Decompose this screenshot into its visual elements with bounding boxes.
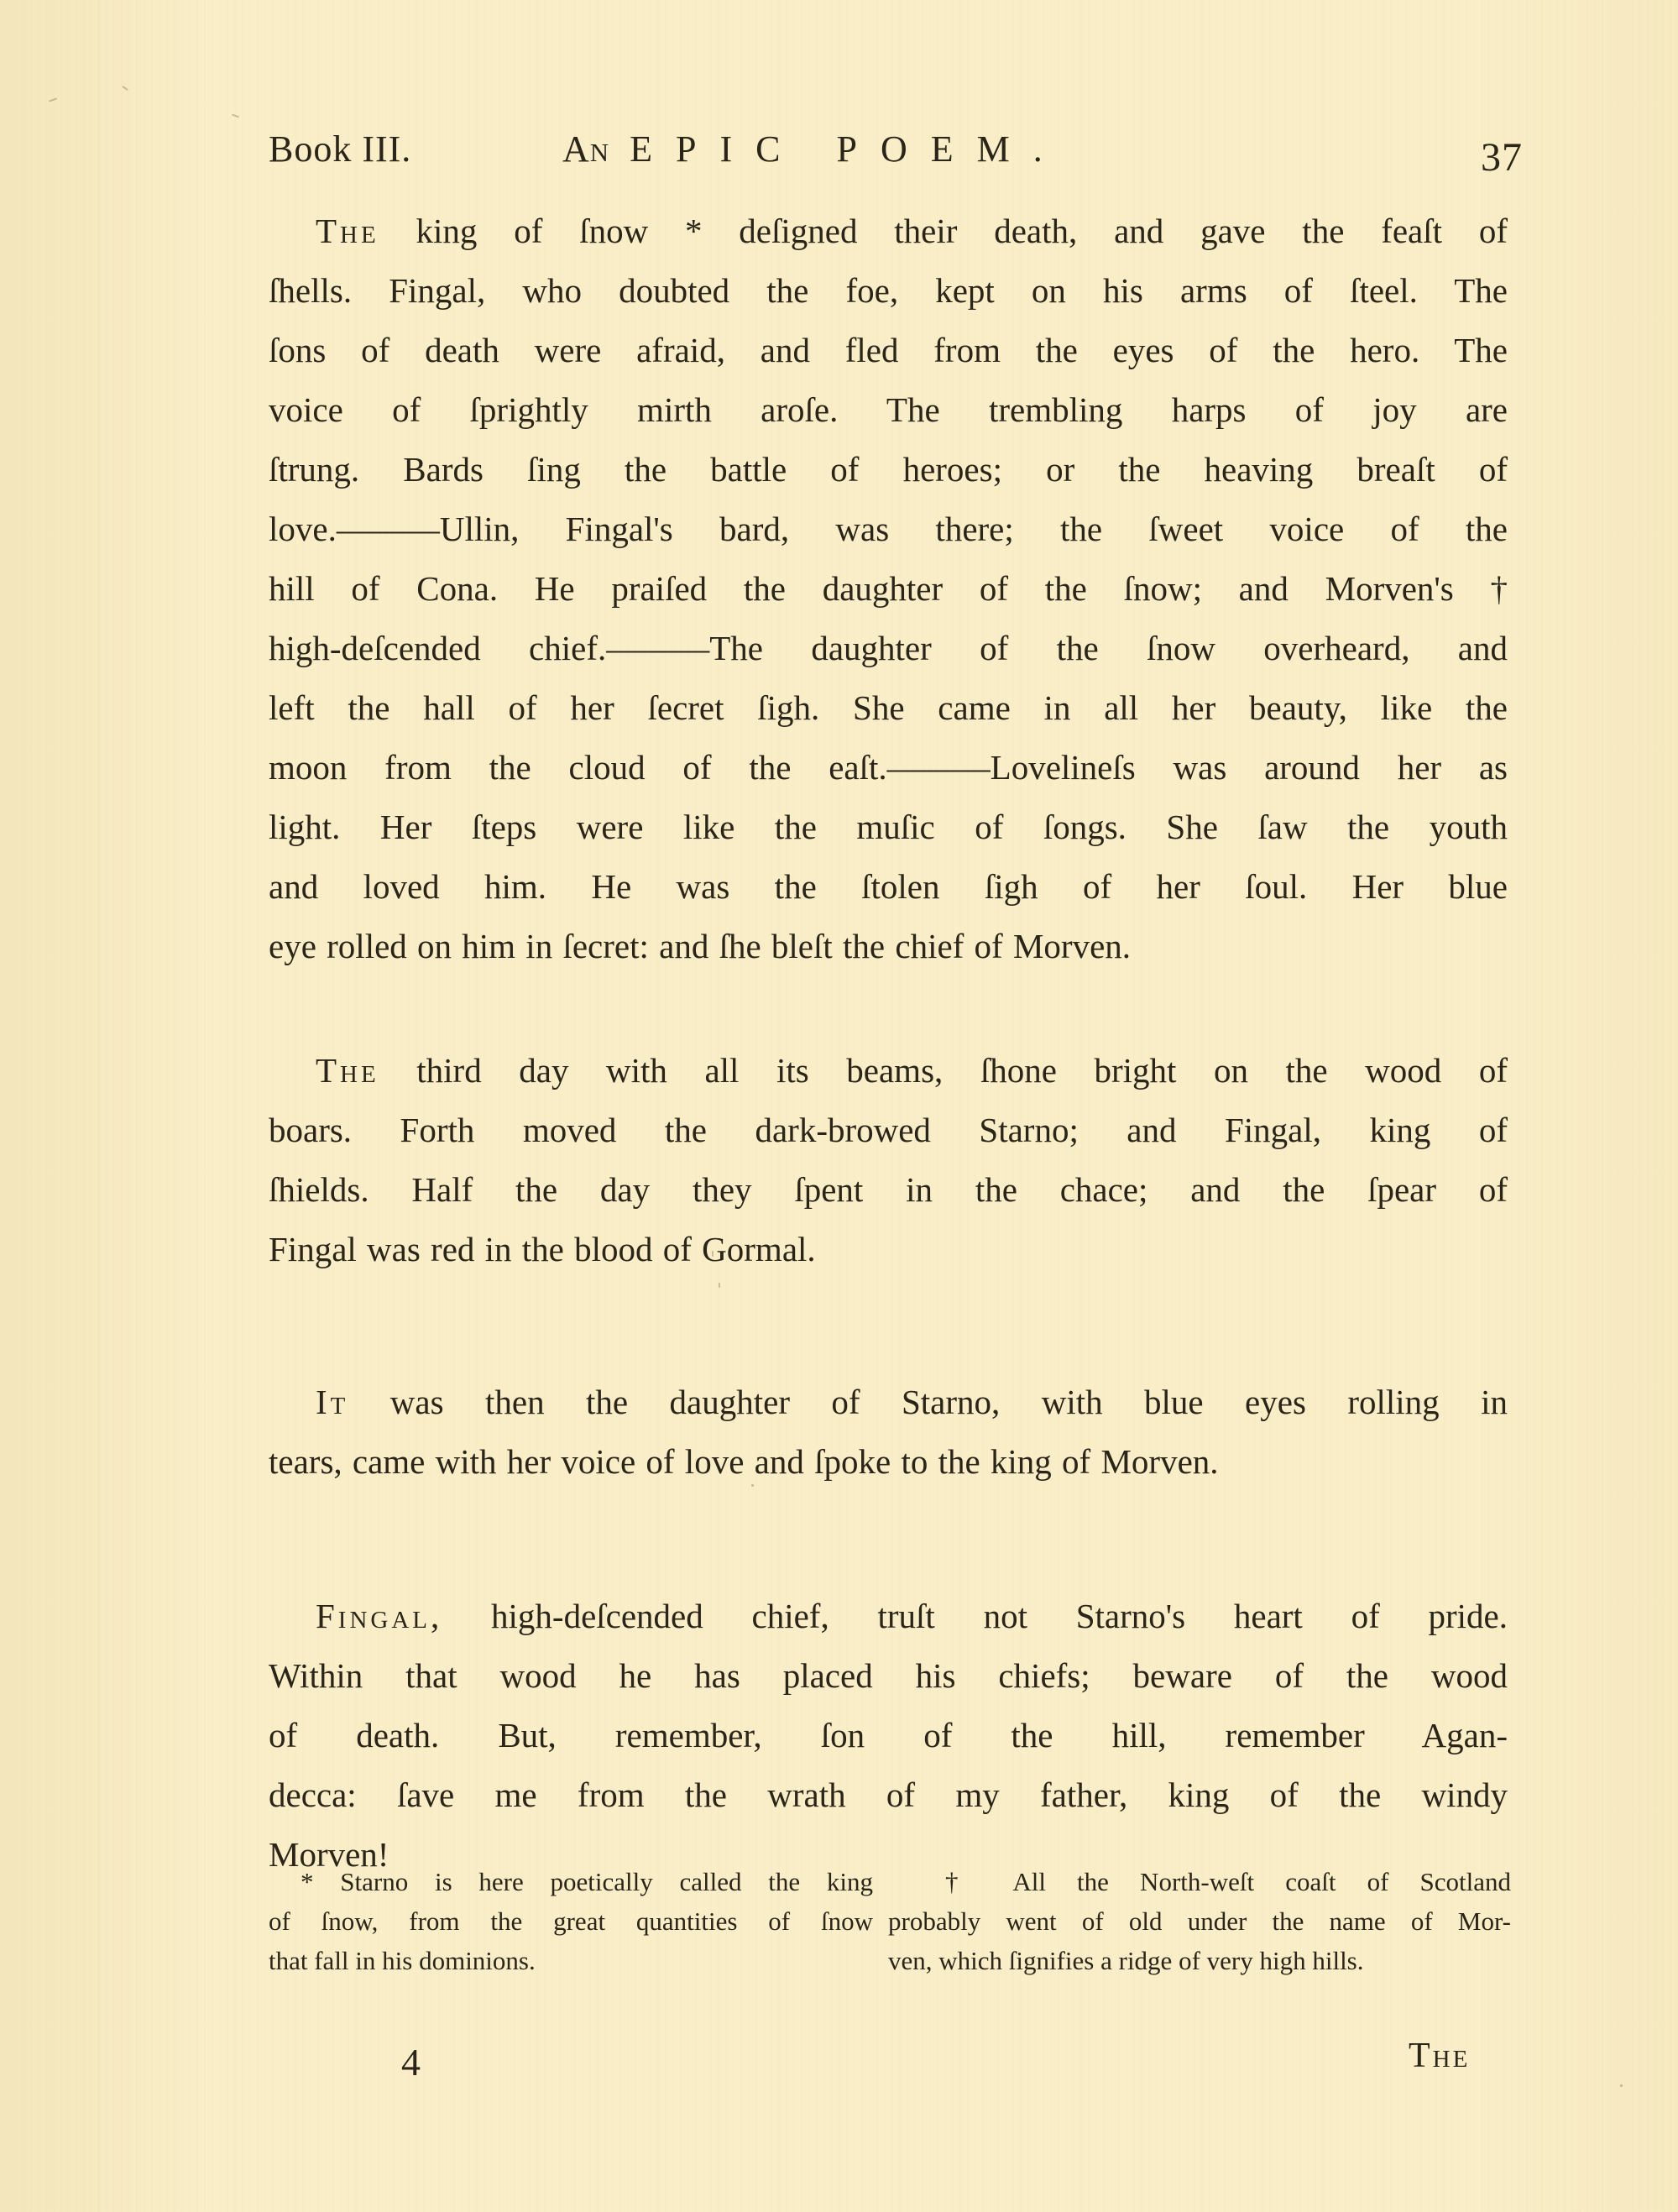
paragraph-4: Fingal, high-deſcended chief, truſt not … — [269, 1587, 1508, 1885]
text-line: and loved him. He was the ſtolen ſigh of… — [269, 857, 1508, 917]
paper-speck — [232, 114, 239, 118]
footnote-line: † All the North-weſt coaſt of Scotland — [888, 1862, 1511, 1901]
dagger-marker: † — [945, 1867, 983, 1896]
footnote-dagger: † All the North-weſt coaſt of Scotland p… — [888, 1862, 1511, 1980]
paper-speck — [49, 97, 57, 102]
text-line: Fingal was red in the blood of Gormal. — [269, 1220, 1508, 1279]
body-text: The king of ſnow * deſigned their death,… — [269, 201, 1508, 1885]
running-head: Book III. AnEPIC POEM. 37 — [269, 128, 1508, 178]
paper-speck — [1620, 2084, 1623, 2087]
asterisk-marker: * — [301, 1867, 314, 1896]
footnote-line: ven, which ſignifies a ridge of very hig… — [888, 1941, 1511, 1980]
paragraph-gap — [269, 1492, 1508, 1587]
paper-speck — [122, 86, 128, 91]
paragraph-1: The king of ſnow * deſigned their death,… — [269, 201, 1508, 976]
text-line: The king of ſnow * deſigned their death,… — [269, 201, 1508, 261]
text-line: of death. But, remember, ſon of the hill… — [269, 1706, 1508, 1765]
signature-mark: 4 — [401, 2040, 421, 2084]
footnote-line: that fall in his dominions. — [269, 1941, 873, 1980]
catchword: The — [1409, 2036, 1470, 2076]
text-line: ſtrung. Bards ſing the battle of heroes;… — [269, 440, 1508, 499]
paragraph-lead-word: Fingal, — [316, 1597, 442, 1635]
text-line: voice of ſprightly mirth aroſe. The trem… — [269, 380, 1508, 440]
text-line: high-deſcended chief.———The daughter of … — [269, 619, 1508, 678]
paragraph-lead-word: The — [316, 212, 379, 250]
text-line: Fingal, high-deſcended chief, truſt not … — [269, 1587, 1508, 1646]
paragraph-2: The third day with all its beams, ſhone … — [269, 1041, 1508, 1279]
text-line: It was then the daughter of Starno, with… — [269, 1373, 1508, 1432]
text-line: ſhells. Fingal, who doubted the foe, kep… — [269, 261, 1508, 321]
poem-title-rest: EPIC POEM. — [630, 128, 1066, 170]
footnote-line: * Starno is here poetically called the k… — [269, 1862, 873, 1901]
text-line: boars. Forth moved the dark-browed Starn… — [269, 1101, 1508, 1160]
text-line: eye rolled on him in ſecret: and ſhe ble… — [269, 917, 1508, 976]
text-line: ſhields. Half the day they ſpent in the … — [269, 1160, 1508, 1220]
paragraph-3: It was then the daughter of Starno, with… — [269, 1373, 1508, 1492]
poem-title-lead: An — [562, 128, 609, 170]
paragraph-lead-word: It — [316, 1383, 348, 1421]
text-line: tears, came with her voice of love and ſ… — [269, 1432, 1508, 1492]
text-line: Within that wood he has placed his chief… — [269, 1646, 1508, 1706]
page-number: 37 — [1481, 134, 1523, 180]
text-line: love.———Ullin, Fingal's bard, was there;… — [269, 499, 1508, 559]
paper-speck — [719, 1283, 720, 1288]
paragraph-gap — [269, 976, 1508, 1041]
text-line: light. Her ſteps were like the muſic of … — [269, 797, 1508, 857]
paper-speck — [751, 1484, 754, 1487]
paragraph-gap — [269, 1279, 1508, 1373]
footnote-line: of ſnow, from the great quantities of ſn… — [269, 1901, 873, 1941]
text-line: decca: ſave me from the wrath of my fath… — [269, 1765, 1508, 1825]
paragraph-lead-word: The — [316, 1051, 379, 1090]
paper-speck — [712, 1251, 714, 1257]
text-line: moon from the cloud of the eaſt.———Lovel… — [269, 738, 1508, 797]
book-label: Book III. — [269, 128, 411, 170]
text-line: hill of Cona. He praiſed the daughter of… — [269, 559, 1508, 619]
text-line: The third day with all its beams, ſhone … — [269, 1041, 1508, 1101]
text-line: ſons of death were afraid, and fled from… — [269, 321, 1508, 380]
text-line: left the hall of her ſecret ſigh. She ca… — [269, 678, 1508, 738]
footnote-line: probably went of old under the name of M… — [888, 1901, 1511, 1941]
poem-title: AnEPIC POEM. — [562, 128, 1066, 170]
footnote-asterisk: * Starno is here poetically called the k… — [269, 1862, 873, 1980]
